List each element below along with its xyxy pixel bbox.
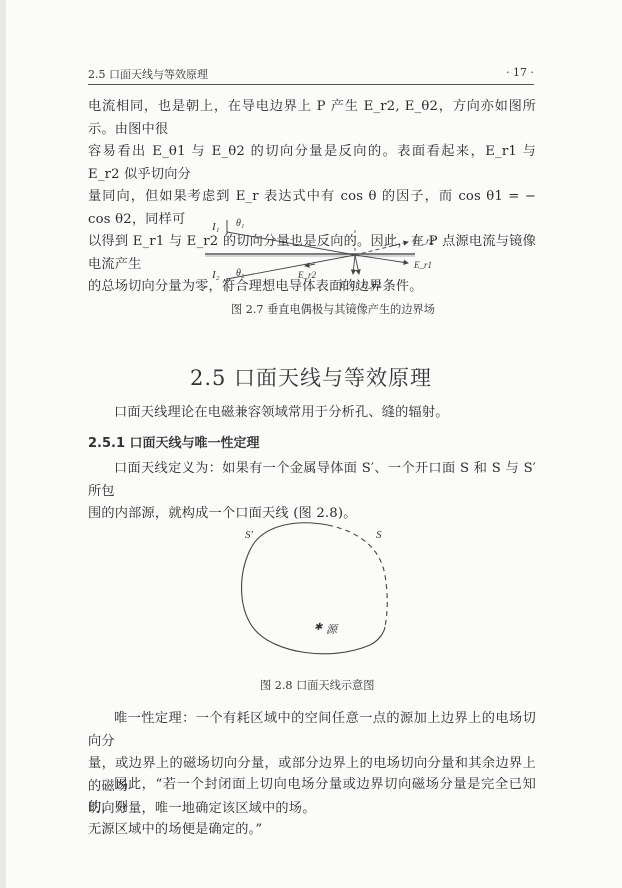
text-line: 唯一性定理：一个有耗区域中的空间任意一点的源加上边界上的电场切向分	[88, 708, 536, 753]
label-S: S	[376, 529, 382, 541]
header-section-title: 2.5 口面天线与等效原理	[88, 66, 208, 82]
label-theta1: θ₁	[236, 218, 244, 229]
text-line: 无源区域中的场便是确定的。”	[88, 819, 536, 842]
text-line: 因此，“若一个封闭面上切向电场分量或边界切向磁场分量是完全已知的，则	[88, 774, 536, 819]
paragraph-conclusion: 因此，“若一个封闭面上切向电场分量或边界切向磁场分量是完全已知的，则 无源区域中…	[88, 774, 536, 842]
label-I2: I₂	[211, 269, 220, 281]
label-Er2-prime: E′_r2	[413, 236, 434, 246]
figure-2-7-caption: 图 2.7 垂直电偶极与其镜像产生的边界场	[231, 301, 435, 317]
label-Etheta1: E_θ1	[339, 280, 359, 290]
text-line: 容易看出 E_θ1 与 E_θ2 的切向分量是反向的。表面看起来，E_r1 与 …	[88, 141, 536, 186]
label-Er1: E_r1	[413, 260, 432, 270]
page-edge	[0, 0, 6, 888]
label-I1: I₁	[211, 221, 220, 233]
text-line: 口面天线定义为：如果有一个金属导体面 S′、一个开口面 S 和 S 与 S′ 所…	[88, 458, 536, 503]
figure-2-8-aperture-antenna: S′ S ✱ 源	[220, 510, 420, 660]
text-line: 电流相同，也是朝上，在导电边界上 P 产生 E_r2, E_θ2，方向亦如图所示…	[88, 96, 536, 141]
label-Etheta2: E_θ2	[361, 280, 381, 290]
label-source: 源	[326, 623, 339, 636]
figure-2-7-dipole-image: I₁ θ₁ I₂ θ₂ E_r2 E′_r2 E_r1 E_θ1 E_θ2	[190, 212, 450, 292]
page-number: · 17 ·	[506, 66, 534, 79]
running-header: 2.5 口面天线与等效原理 · 17 ·	[88, 62, 534, 85]
source-asterisk-icon: ✱	[314, 622, 323, 633]
label-S-prime: S′	[245, 529, 254, 541]
section-title: 2.5 口面天线与等效原理	[0, 362, 622, 392]
label-theta2: θ₂	[236, 268, 245, 279]
subsection-title: 2.5.1 口面天线与唯一性定理	[88, 432, 260, 451]
paragraph-aperture-intro: 口面天线理论在电磁兼容领域常用于分析孔、缝的辐射。	[88, 402, 536, 425]
label-Er2: E_r2	[297, 270, 317, 280]
figure-2-8-caption: 图 2.8 口面天线示意图	[260, 677, 374, 693]
